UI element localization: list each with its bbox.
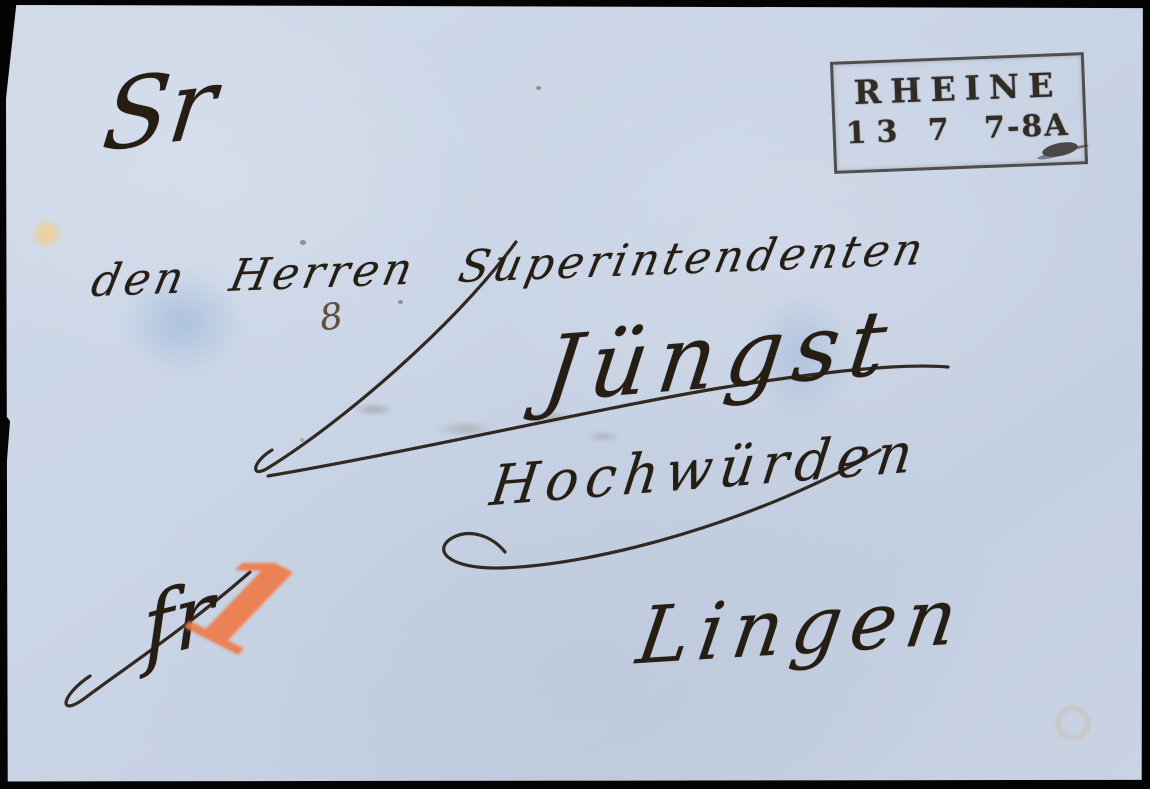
salutation-script: Sr (98, 54, 221, 166)
postmark-date: 13 7 (845, 112, 959, 151)
cover-photo: Sr den Herren Superintendenten 8 Jüngst … (0, 0, 1150, 789)
postmark-time: 7-8A (983, 108, 1070, 146)
destination-town: Lingen (632, 578, 970, 677)
interline-ink-mark: 8 (318, 299, 346, 338)
